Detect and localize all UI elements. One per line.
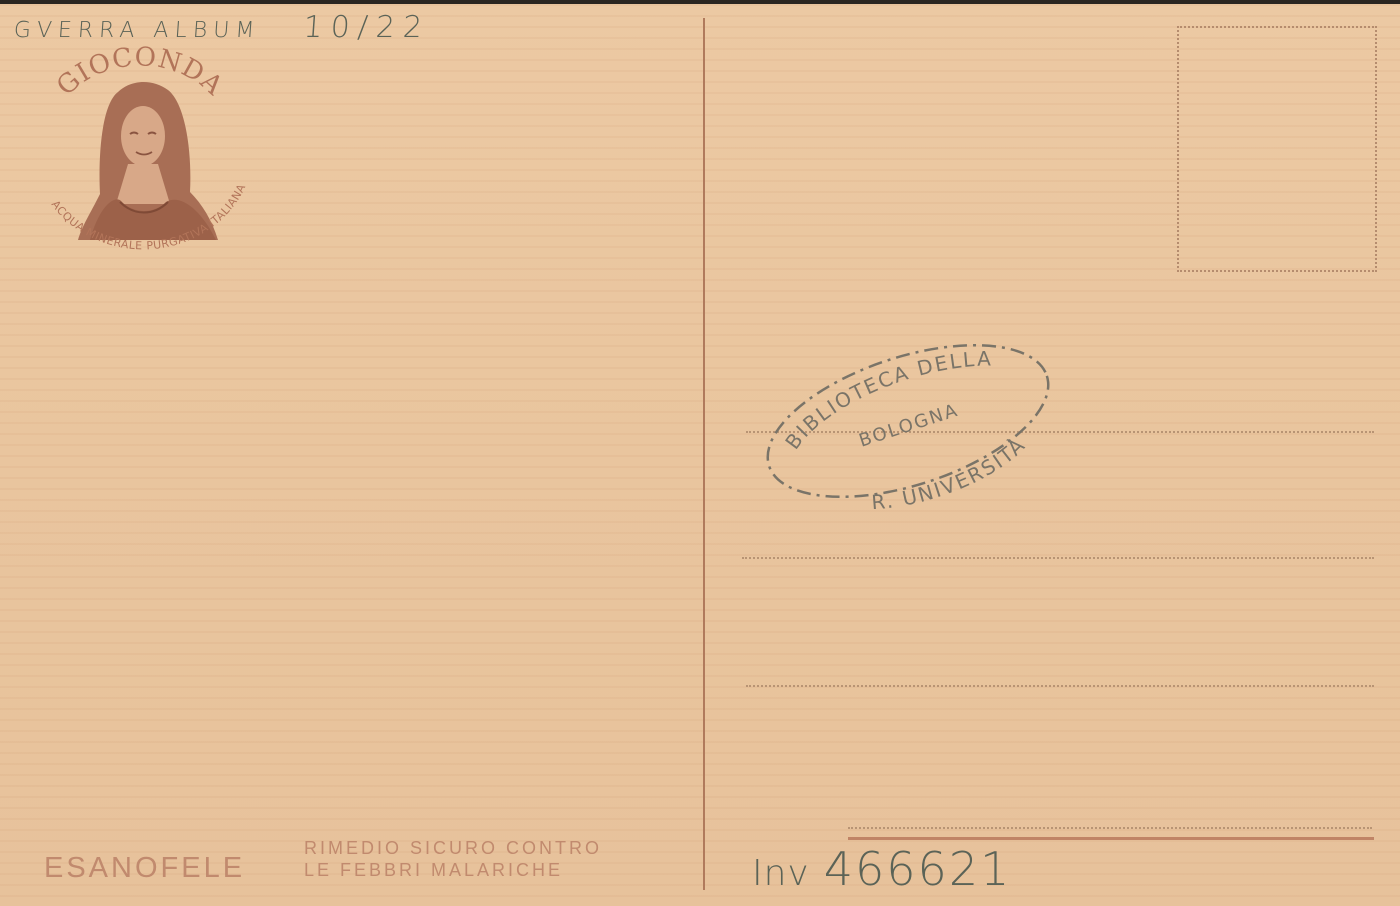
ad-line-2: LE FEBBRI MALARICHE [304,860,563,881]
handwritten-album-note: GVERRA ALBUM 10/22 [13,10,431,45]
album-note-text: GVERRA ALBUM [13,18,261,43]
stamp-line-3: BOLOGNA [856,400,961,452]
svg-text:R. UNIVERSITÀ: R. UNIVERSITÀ [871,432,1031,509]
library-stamp: BIBLIOTECA DELLA R. UNIVERSITÀ BOLOGNA [760,329,1060,509]
ad-brand: ESANOFELE [44,852,245,885]
gioconda-logo: GIOCONDA ACQUA MINERALE PURGATIVA ITALIA… [30,44,270,264]
postcard-back: GVERRA ALBUM 10/22 GIOCONDA ACQUA MINE [0,4,1400,906]
oval-stamp-icon: BIBLIOTECA DELLA R. UNIVERSITÀ BOLOGNA [760,329,1060,509]
stamp-placeholder-box [1177,26,1377,272]
mona-lisa-portrait-icon: GIOCONDA ACQUA MINERALE PURGATIVA ITALIA… [30,44,270,264]
stamp-line-2: R. UNIVERSITÀ [871,432,1031,509]
inventory-prefix: Inv [752,853,810,894]
address-line-2 [742,557,1374,559]
handwritten-inventory-number: Inv466621 [752,842,1011,896]
ad-line-1: RIMEDIO SICURO CONTRO [304,838,602,859]
inventory-number: 466621 [824,842,1012,896]
center-divider [703,18,705,890]
address-line-4 [848,827,1372,829]
album-note-number: 10/22 [302,10,431,45]
address-line-3 [746,685,1374,687]
address-underline [848,837,1374,840]
